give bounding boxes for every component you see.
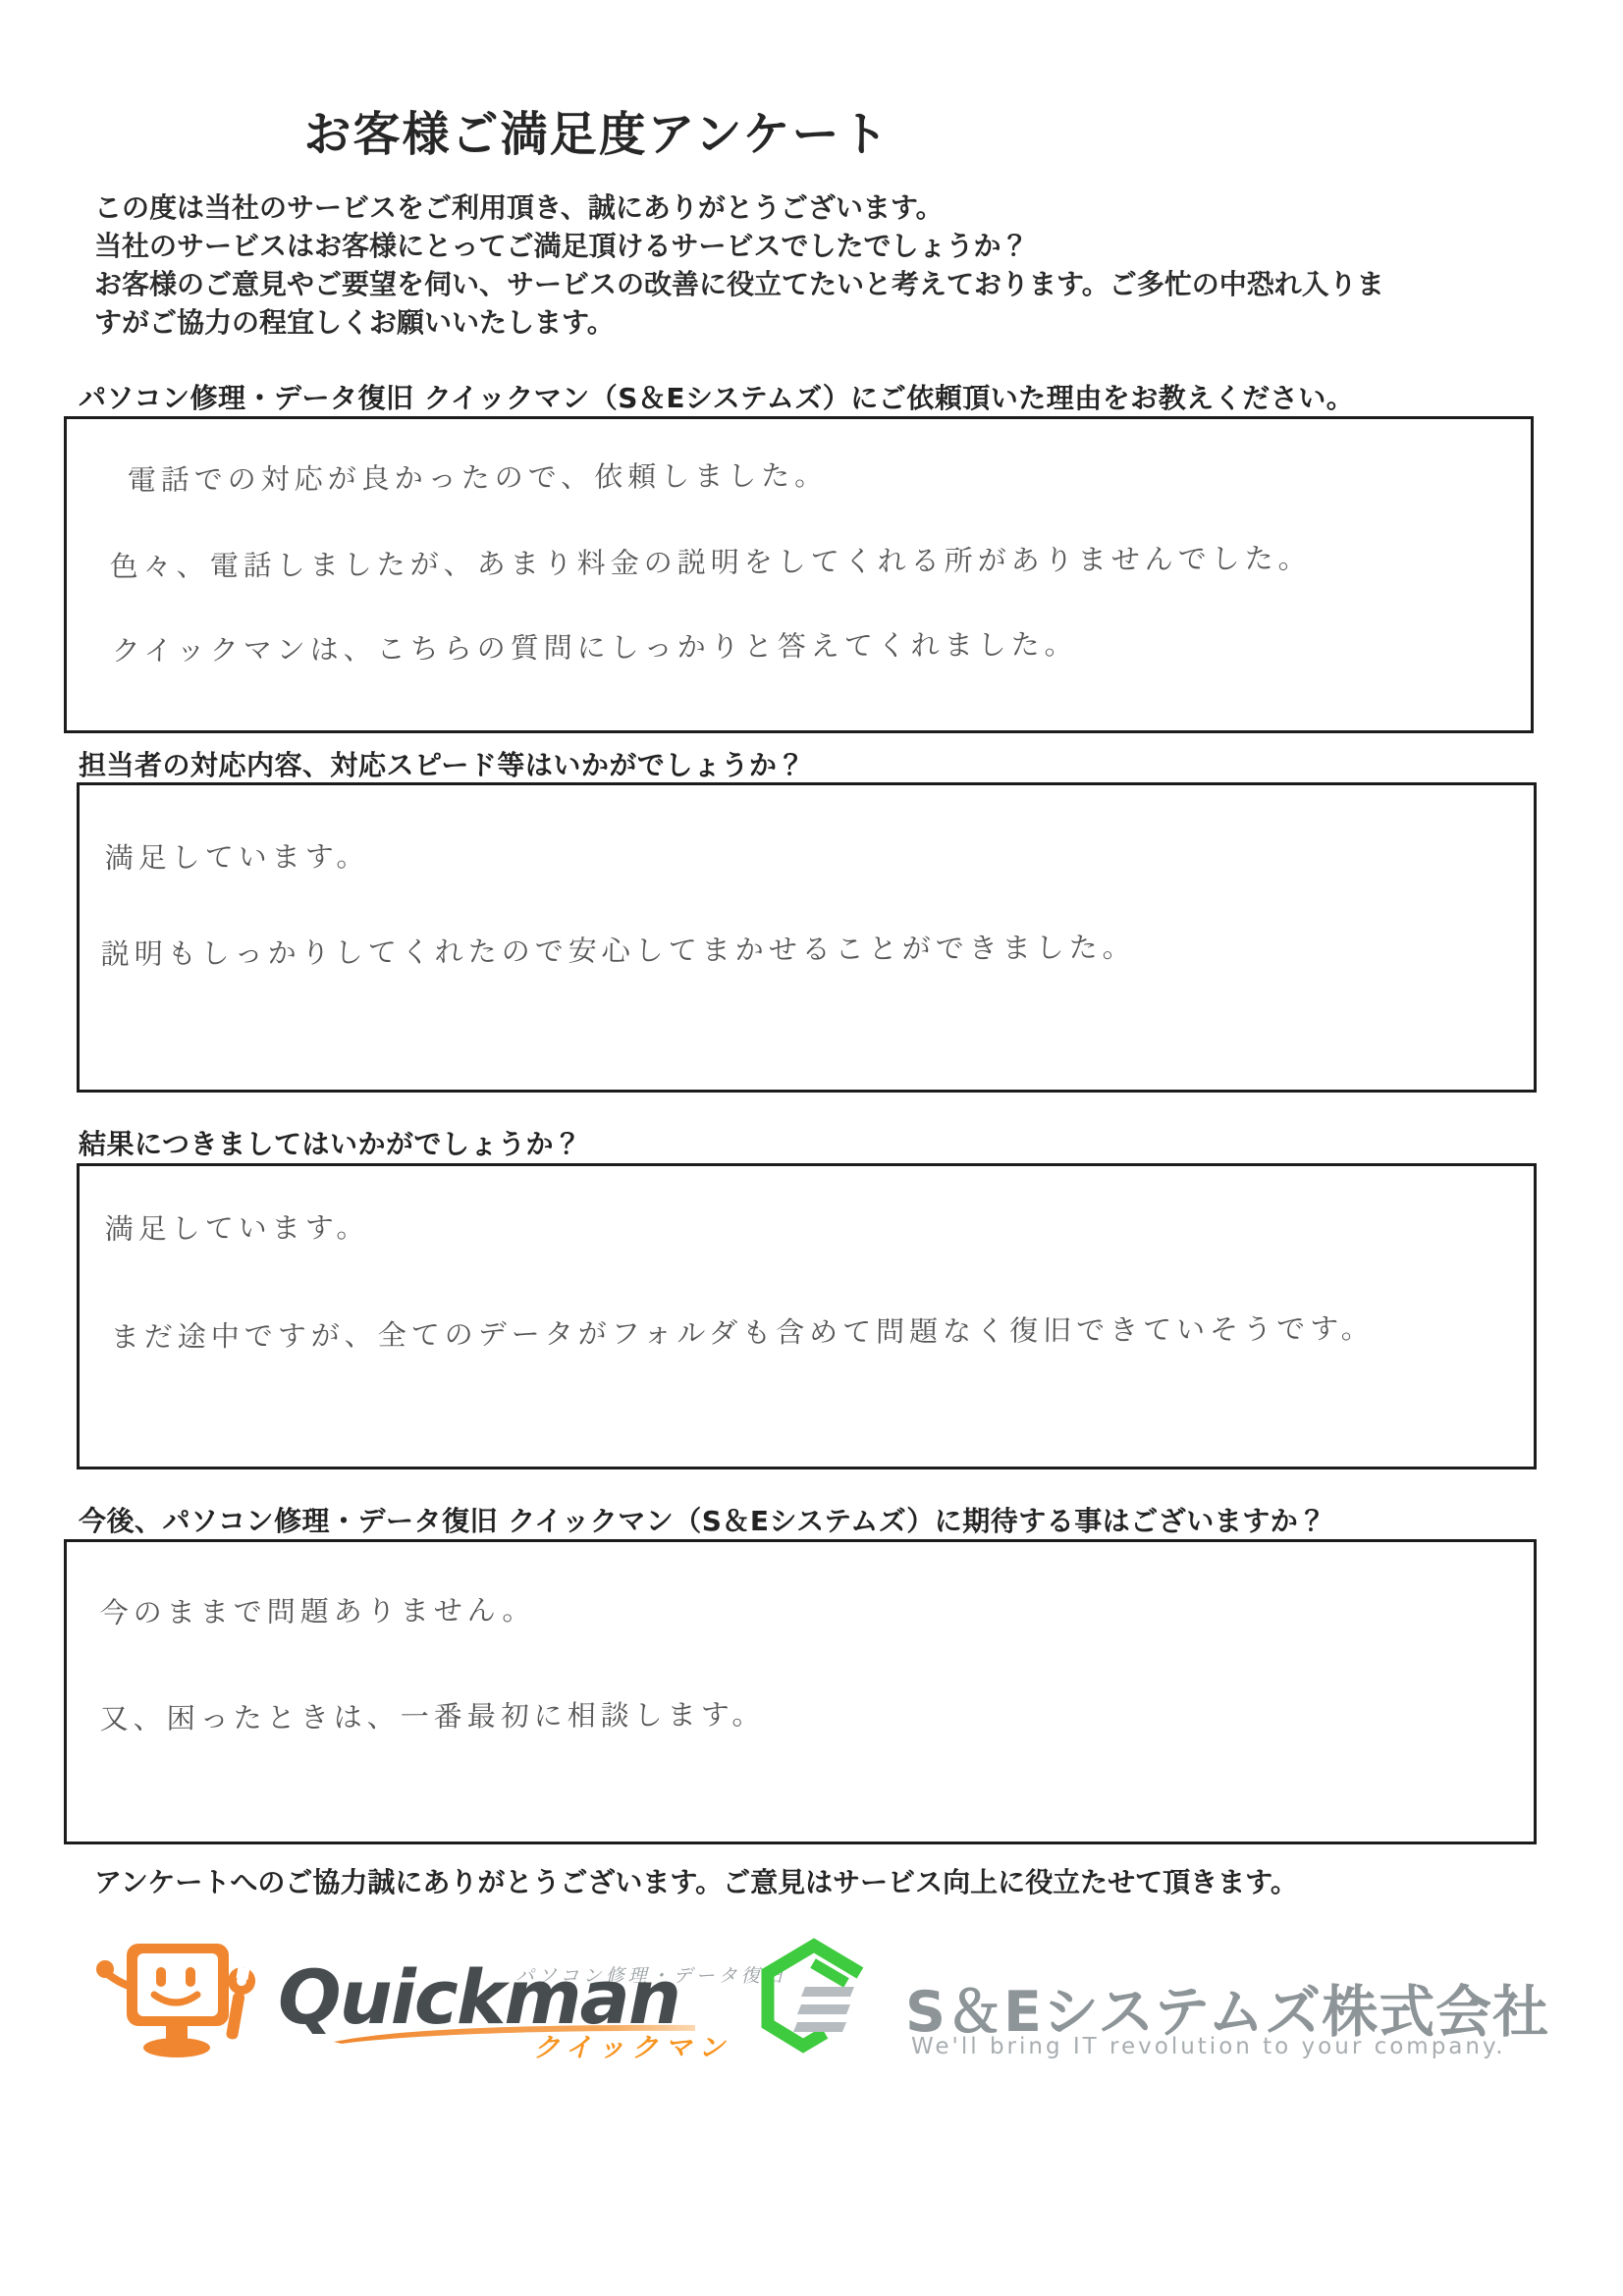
handwritten-answer-3-2: まだ途中ですが、全てのデータがフォルダも含めて問題なく復旧できていそうです。 (111, 1307, 1375, 1356)
intro-line-2: 当社のサービスはお客様にとってご満足頂けるサービスでしたでしょうか？ (94, 227, 1547, 265)
intro-line-4: すがご協力の程宜しくお願いいたします。 (94, 303, 1547, 342)
question-3-answer-box: 満足しています。 まだ途中ですが、全てのデータがフォルダも含めて問題なく復旧でき… (77, 1163, 1537, 1469)
se-systems-slogan: We'll bring IT revolution to your compan… (911, 2034, 1506, 2059)
handwritten-answer-1-1: 電話での対応が良かったので、依頼しました。 (128, 454, 829, 499)
handwritten-answer-1-2: 色々、電話しましたが、あまり料金の説明をしてくれる所がありませんでした。 (110, 536, 1312, 585)
intro-line-1: この度は当社のサービスをご利用頂き、誠にありがとうございます。 (94, 188, 1547, 227)
closing-note: アンケートへのご協力誠にありがとうございます。ご意見はサービス向上に役立たせて頂… (94, 1861, 1547, 1900)
intro-paragraph: この度は当社のサービスをご利用頂き、誠にありがとうございます。 当社のサービスは… (94, 188, 1547, 342)
quickman-kana: クイックマン (533, 2026, 731, 2064)
question-4-answer-box: 今のままで問題ありません。 又、困ったときは、一番最初に相談します。 (64, 1539, 1537, 1844)
handwritten-answer-4-2: 又、困ったときは、一番最初に相談します。 (100, 1692, 766, 1737)
handwritten-answer-2-1: 満足しています。 (105, 834, 370, 877)
question-1-answer-box: 電話での対応が良かったので、依頼しました。 色々、電話しましたが、あまり料金の説… (64, 416, 1534, 733)
se-systems-logo-icon (744, 1936, 884, 2063)
handwritten-answer-1-3: クイックマンは、こちらの質問にしっかりと答えてくれました。 (112, 622, 1078, 669)
question-2-answer-box: 満足しています。 説明もしっかりしてくれたので安心してまかせることができました。 (77, 782, 1537, 1093)
question-3-heading: 結果につきましてはいかがでしょうか？ (79, 1123, 581, 1162)
survey-document: お客様ご満足度アンケート この度は当社のサービスをご利用頂き、誠にありがとうござ… (0, 0, 1623, 2296)
intro-line-3: お客様のご意見やご要望を伺い、サービスの改善に役立てたいと考えております。ご多忙… (94, 265, 1547, 303)
handwritten-answer-4-1: 今のままで問題ありません。 (100, 1588, 536, 1631)
handwritten-answer-3-1: 満足しています。 (105, 1205, 370, 1248)
handwritten-answer-2-2: 説明もしっかりしてくれたので安心してまかせることができました。 (101, 926, 1136, 973)
question-2-heading: 担当者の対応内容、対応スピード等はいかがでしょうか？ (79, 744, 805, 783)
page-title: お客様ご満足度アンケート (0, 96, 1194, 164)
question-1-heading: パソコン修理・データ復旧 クイックマン（S＆Eシステムズ）にご依頼頂いた理由をお… (79, 377, 1354, 416)
quickman-mascot-icon (91, 1936, 278, 2063)
question-4-heading: 今後、パソコン修理・データ復旧 クイックマン（S＆Eシステムズ）に期待する事はご… (79, 1500, 1326, 1539)
